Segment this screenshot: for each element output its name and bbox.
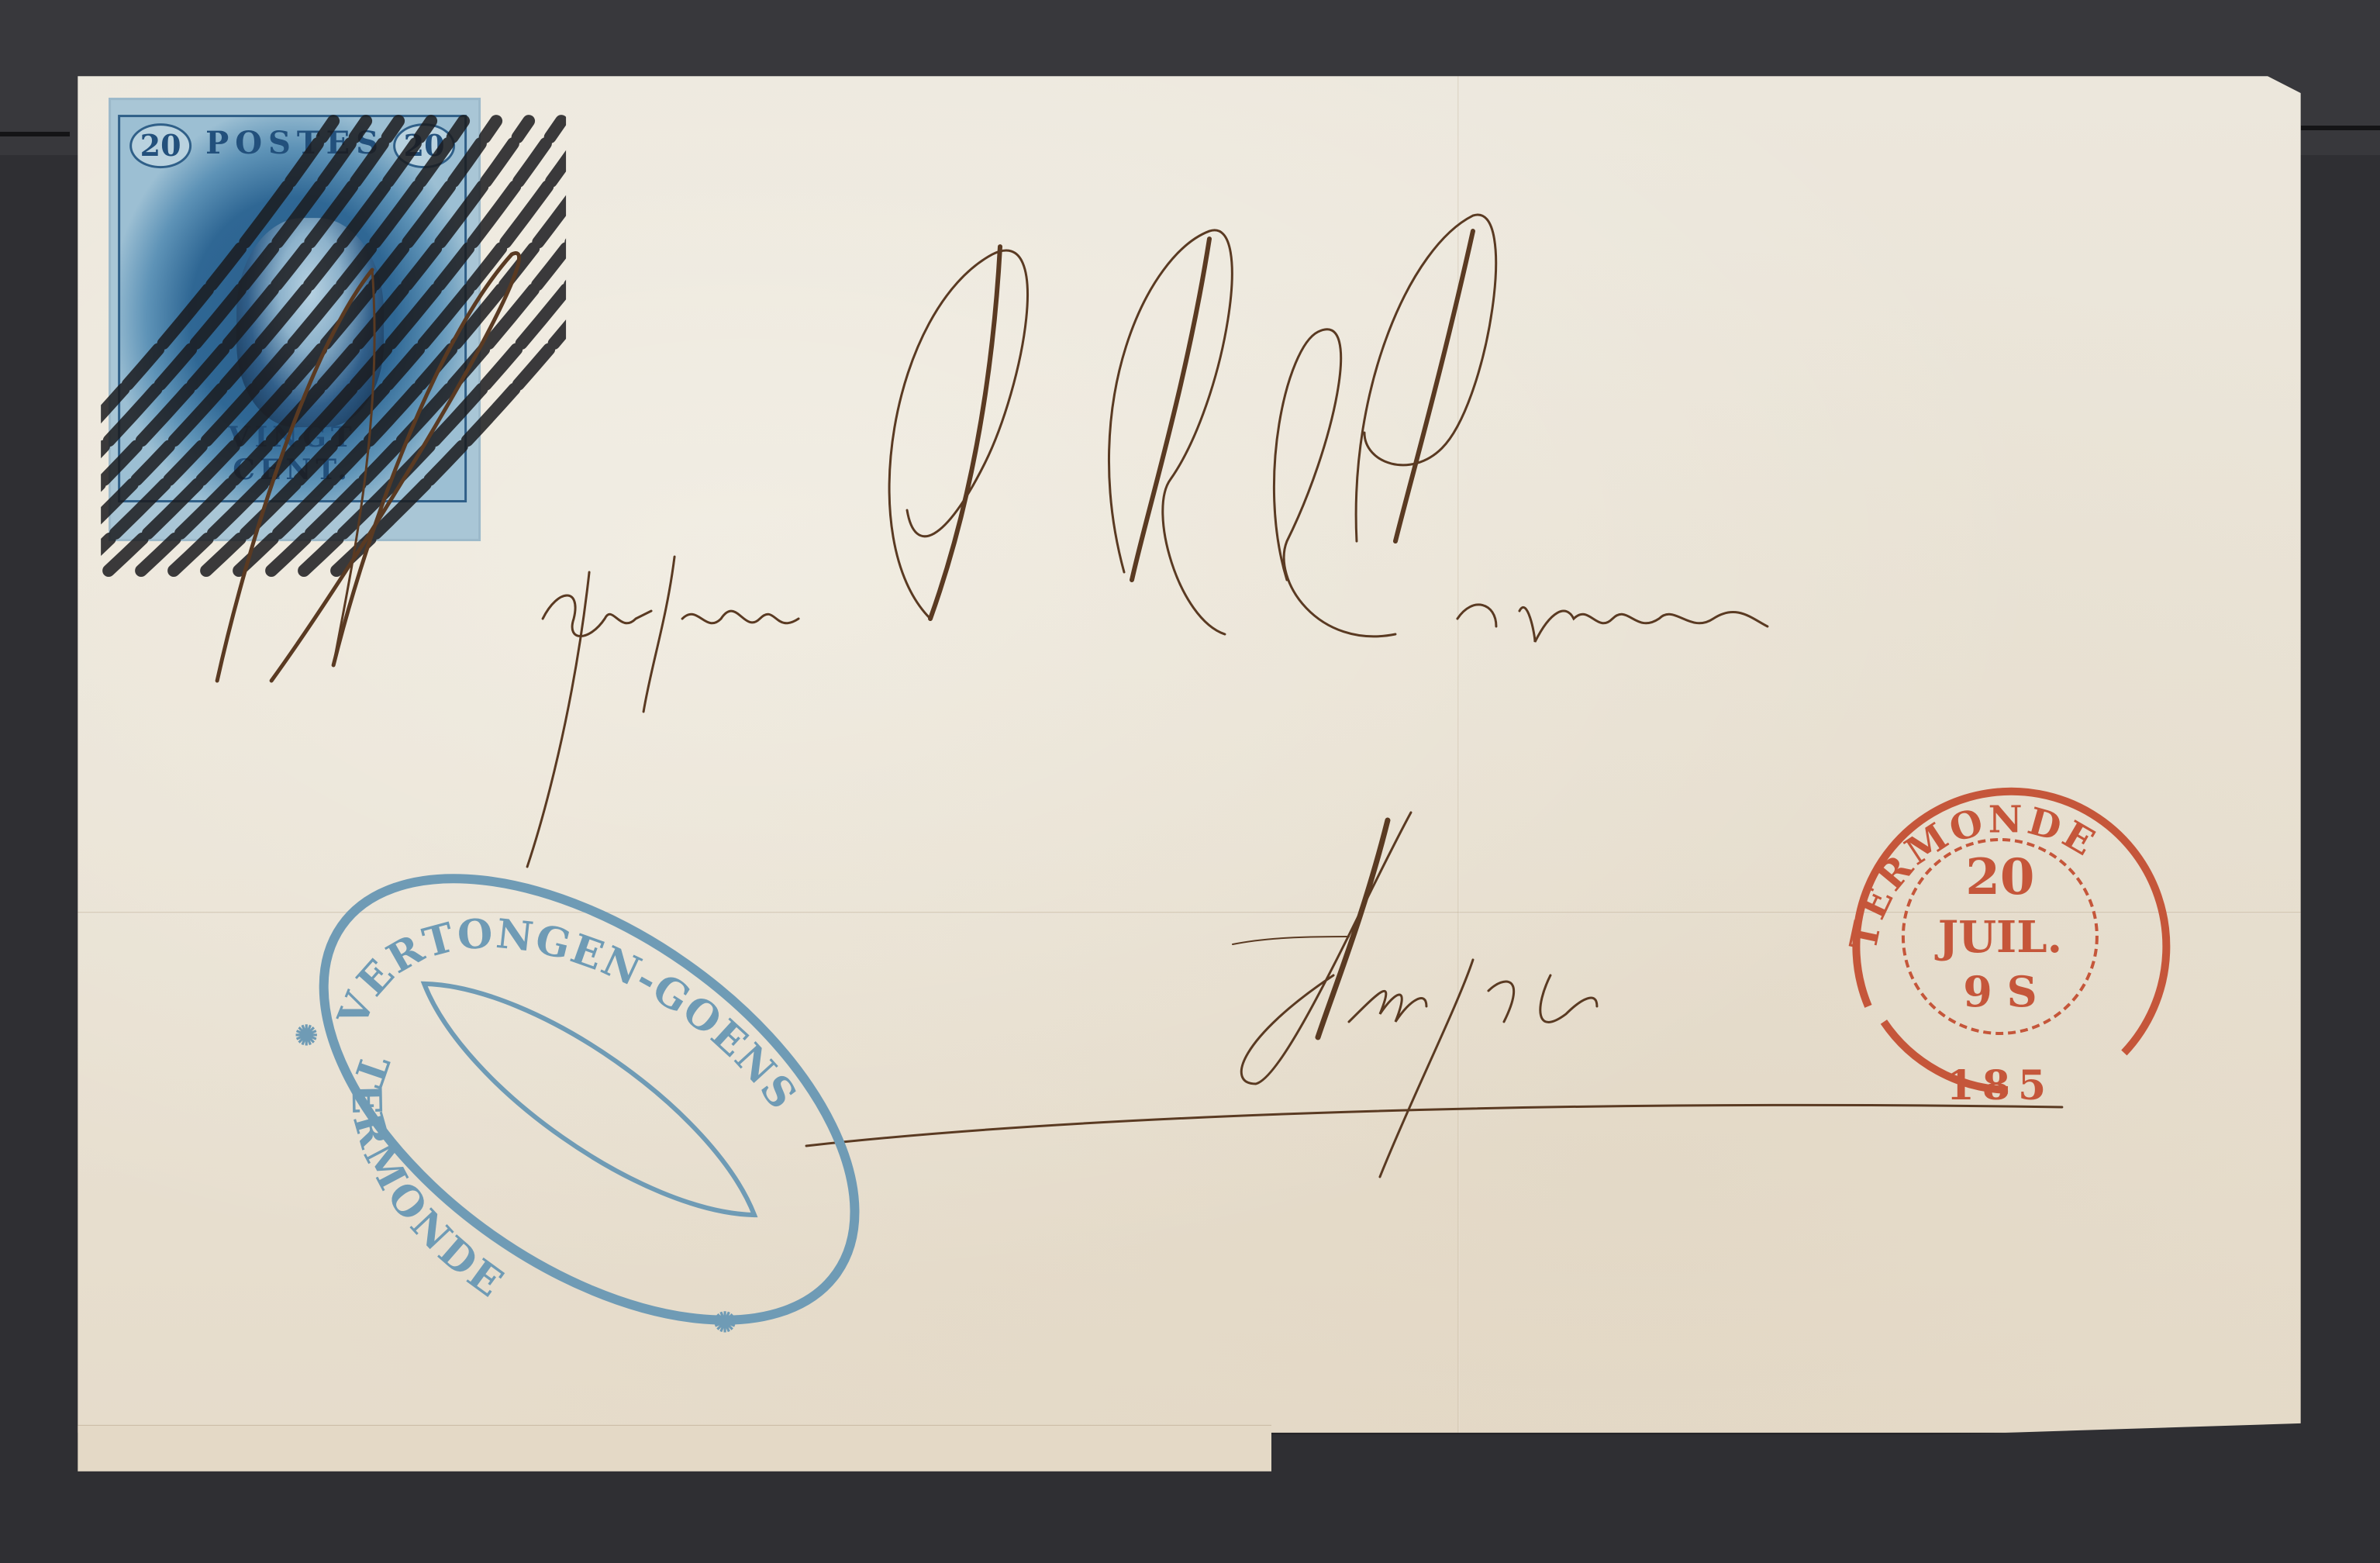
- stamp-bottom-inscription: VINGT CENT.: [167, 421, 418, 486]
- postmark-month: JUIL.: [1934, 912, 2062, 963]
- merchant-cachet: VERTONGEN-GOENS TERMONDE ✺ ✺: [279, 851, 899, 1347]
- letter-sheet: 20 20 POSTES VINGT CENT.: [78, 76, 2301, 1433]
- backdrop-seam: [0, 132, 70, 136]
- stamp-frame: 20 20 POSTES VINGT CENT.: [118, 115, 467, 502]
- stamp-denomination-right: 20: [393, 123, 455, 168]
- stamp-denomination-left: 20: [129, 123, 191, 168]
- postmark-year: 185: [1947, 1062, 2054, 1109]
- cachet-ornament-right-icon: ✺: [713, 1306, 736, 1339]
- postal-cover: 20 20 POSTES VINGT CENT.: [78, 76, 2301, 1472]
- postmark-time: 9 S: [1963, 967, 2037, 1016]
- bottom-flap: [78, 1425, 1271, 1472]
- postmark-day: 20: [1965, 848, 2034, 906]
- stamp-top-inscription: POSTES: [205, 125, 379, 161]
- cachet-ornament-left-icon: ✺: [295, 1020, 318, 1052]
- backdrop-seam-right: [2301, 126, 2380, 130]
- postage-stamp: 20 20 POSTES VINGT CENT.: [109, 98, 481, 541]
- svg-text:VERTONGEN-GOENS: VERTONGEN-GOENS: [329, 910, 807, 1120]
- cachet-top-text: VERTONGEN-GOENS: [329, 910, 807, 1120]
- date-postmark: TERMONDE 20 JUIL. 9 S 185: [1822, 758, 2178, 1115]
- stamp-portrait: [236, 218, 384, 427]
- vertical-fold: [1457, 76, 1460, 1433]
